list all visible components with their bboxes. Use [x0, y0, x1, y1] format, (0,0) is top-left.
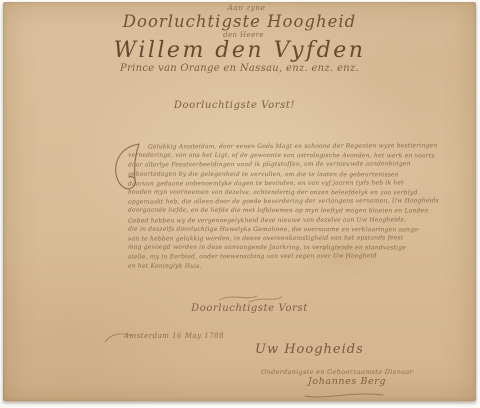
body-line: en het Koninglyk Huis. — [128, 261, 390, 271]
body-paragraph: Gelukkig Amsteldam, door eenen Gods Magt… — [128, 142, 390, 271]
signature-honorific: Uw Hoogheids — [255, 342, 364, 357]
dateline: Amsterdam 16 May 1788 — [124, 332, 224, 340]
title-line: Doorluchtigste Hoogheid — [3, 12, 476, 31]
addressee-name: Willem den Vyfden — [3, 38, 476, 63]
dedication-line: Aan zyne — [10, 3, 480, 12]
signature-role: Onderdanigste en Gehoorzaamste Dienaar — [261, 368, 413, 376]
manuscript-photo: Aan zyne Doorluchtigste Hoogheid den Hee… — [0, 0, 480, 408]
salutation-line: Doorluchtigste Vorst! — [0, 100, 471, 111]
body-line: door allerlye Feestverbeeldingen vond ik… — [128, 160, 390, 170]
styles-line: Prince van Orange en Nassau, enz. enz. e… — [3, 63, 476, 74]
paper-sheet: Aan zyne Doorluchtigste Hoogheid den Hee… — [3, 2, 476, 401]
closing-salutation: Doorluchtigste Vorst — [13, 303, 480, 314]
body-line: stelle, my in Eerbied, onder toewenschin… — [128, 252, 390, 262]
signature-underline-flourish — [303, 390, 385, 400]
body-line: doorgaande liefde, en de liefde die met … — [128, 206, 390, 216]
signature-name: Johannes Berg — [308, 376, 386, 387]
